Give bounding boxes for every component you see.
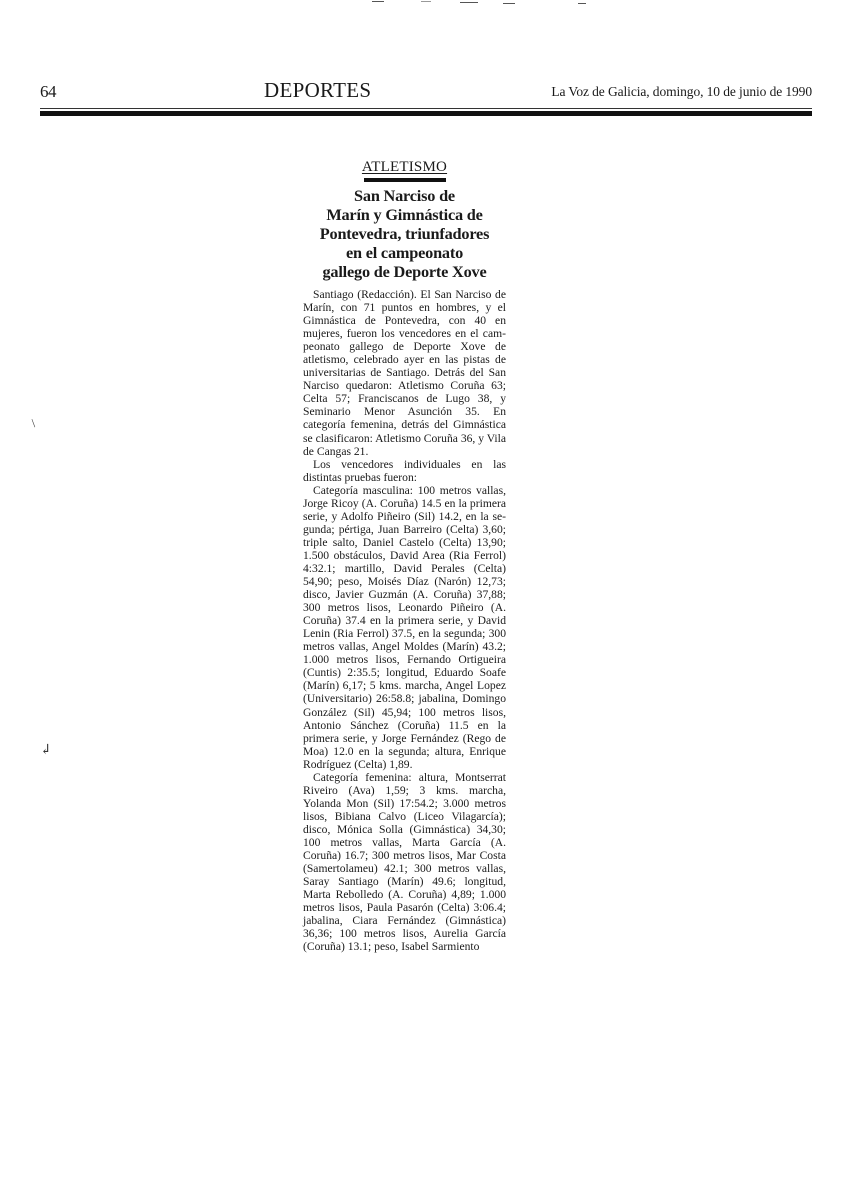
page-header: 64 DEPORTES La Voz de Galicia, domingo, … xyxy=(40,80,812,104)
article-paragraph: Categoría masculina: 100 me­tros vallas,… xyxy=(303,484,506,771)
article-paragraph: Santiago (Redacción). El San Narciso de … xyxy=(303,288,506,458)
headline-line: Pontevedra, triunfadores xyxy=(320,224,489,243)
article-headline: San Narciso de Marín y Gimnástica de Pon… xyxy=(303,186,506,281)
section-title: DEPORTES xyxy=(264,78,371,103)
publication-date: La Voz de Galicia, domingo, 10 de junio … xyxy=(551,84,812,100)
article-kicker: ATLETISMO xyxy=(362,159,447,176)
scan-artifacts-top xyxy=(0,0,848,10)
headline-line: en el campeonato xyxy=(346,243,463,262)
header-rule-thick xyxy=(40,111,812,116)
headline-line: San Narciso de xyxy=(354,186,455,205)
headline-line: Marín y Gimnástica de xyxy=(326,205,482,224)
scan-artifact-mark: ↲ xyxy=(40,742,52,759)
page-number: 64 xyxy=(40,82,56,102)
scan-artifact-mark: / xyxy=(28,417,40,431)
article-paragraph: Los vencedores individuales en las disti… xyxy=(303,458,506,484)
kicker-wrap: ATLETISMO xyxy=(303,158,506,176)
kicker-bar xyxy=(364,178,446,182)
article-body: Santiago (Redacción). El San Narciso de … xyxy=(303,288,506,953)
article: ATLETISMO San Narciso de Marín y Gimnást… xyxy=(303,158,506,953)
headline-line: gallego de Deporte Xove xyxy=(322,262,486,281)
article-paragraph: Categoría femenina: altura, Montserrat R… xyxy=(303,771,506,954)
header-rule-thin xyxy=(40,108,812,109)
